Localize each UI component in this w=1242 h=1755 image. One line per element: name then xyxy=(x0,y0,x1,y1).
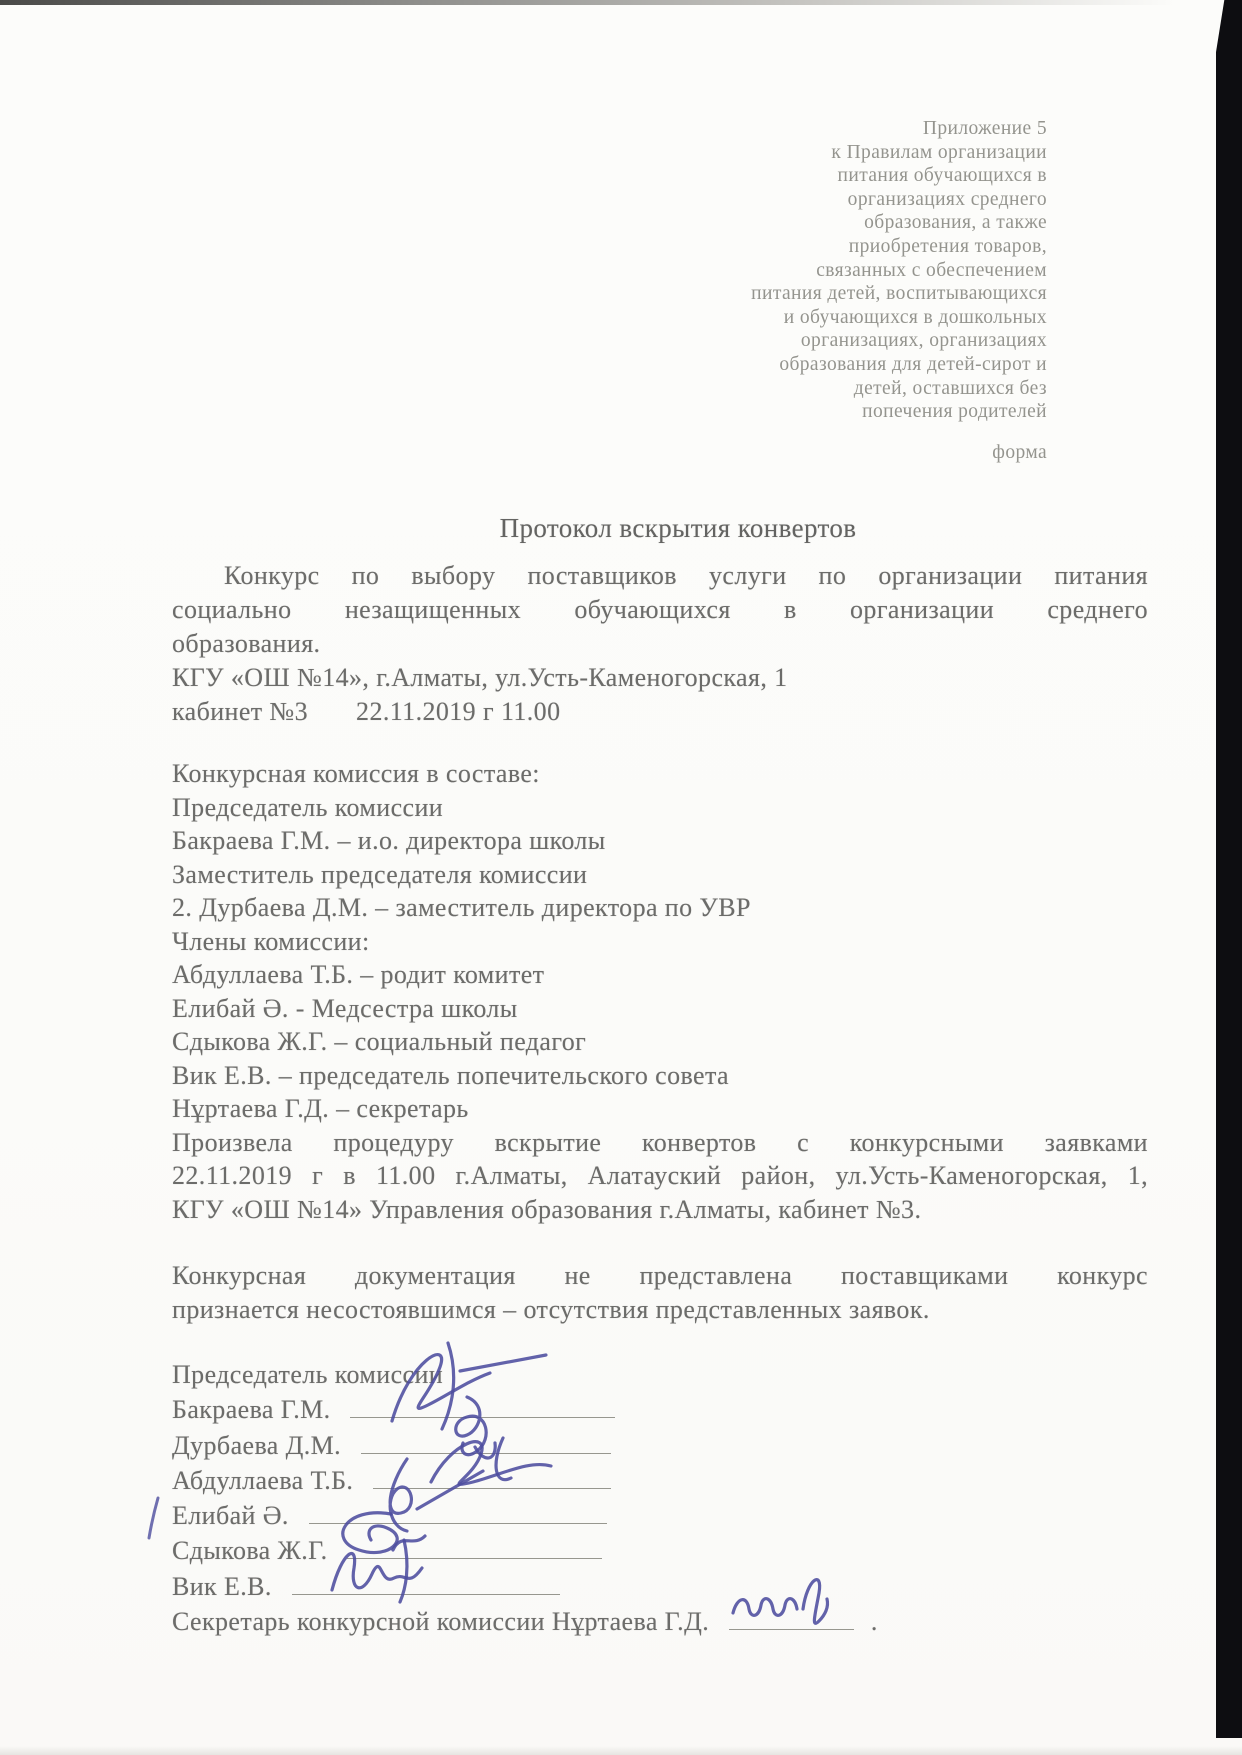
secretary-signature-row: Секретарь конкурсной комиссии Нұртаева Г… xyxy=(172,1604,1148,1639)
appendix-line: связанных с обеспечением xyxy=(567,259,1047,283)
signer-name: Бакраева Г.М. xyxy=(172,1392,331,1427)
procedure-line: КГУ «ОШ №14» Управления образования г.Ал… xyxy=(172,1193,1148,1227)
signature-row: Абдуллаева Т.Б. xyxy=(172,1463,1148,1498)
signer-name: Елибай Ә. xyxy=(172,1498,289,1533)
appendix-line: организациях, организациях xyxy=(567,329,1047,353)
member-line: Сдыкова Ж.Г. – социальный педагог xyxy=(172,1025,1148,1059)
organization-address-line: КГУ «ОШ №14», г.Алматы, ул.Усть-Каменого… xyxy=(172,661,1148,695)
signature-row: Вик Е.В. xyxy=(172,1569,1148,1604)
chair-role-label: Председатель комиссии xyxy=(172,791,1148,825)
secretary-label: Секретарь конкурсной комиссии Нұртаева Г… xyxy=(172,1604,709,1639)
signature-line xyxy=(373,1464,611,1489)
appendix-header-block: Приложение 5 к Правилам организации пита… xyxy=(567,117,1047,464)
appendix-line: детей, оставшихся без xyxy=(567,377,1047,401)
meeting-datetime: 22.11.2019 г 11.00 xyxy=(356,697,560,726)
signer-name: Абдуллаева Т.Б. xyxy=(172,1463,353,1498)
intro-line: образования. xyxy=(172,627,1148,661)
members-label: Члены комиссии: xyxy=(172,925,1148,959)
signer-name: Вик Е.В. xyxy=(172,1569,272,1604)
signature-line xyxy=(309,1499,607,1524)
commission-heading: Конкурсная комиссия в составе: xyxy=(172,757,1148,791)
signature-line xyxy=(361,1429,611,1454)
signer-name: Сдыкова Ж.Г. xyxy=(172,1533,328,1568)
signature-line xyxy=(347,1534,602,1559)
appendix-line: Приложение 5 xyxy=(567,117,1047,141)
document-body: Протокол вскрытия конвертов Конкурс по в… xyxy=(172,511,1148,1639)
secretary-suffix: . xyxy=(871,1607,878,1636)
meeting-place-date-line: кабинет №322.11.2019 г 11.00 xyxy=(172,695,1148,729)
room-label: кабинет №3 xyxy=(172,697,308,726)
signer-name: Дурбаева Д.М. xyxy=(172,1428,341,1463)
deputy-name-line: 2. Дурбаева Д.М. – заместитель директора… xyxy=(172,891,1148,925)
appendix-line: питания обучающихся в xyxy=(567,164,1047,188)
procedure-line: Произвела процедуру вскрытие конвертов с… xyxy=(172,1126,1148,1160)
intro-line: Конкурс по выбору поставщиков услуги по … xyxy=(172,559,1148,593)
signature-row: Сдыкова Ж.Г. xyxy=(172,1533,1148,1568)
scan-bottom-edge-artifact xyxy=(0,1746,1242,1755)
signature-line xyxy=(292,1570,560,1595)
conclusion-line: признается несостоявшимся – отсутствия п… xyxy=(172,1293,1148,1327)
scanned-document-page: Приложение 5 к Правилам организации пита… xyxy=(0,0,1242,1755)
appendix-line: попечения родителей xyxy=(567,400,1047,424)
member-line: Абдуллаева Т.Б. – родит комитет xyxy=(172,958,1148,992)
member-line: Вик Е.В. – председатель попечительского … xyxy=(172,1059,1148,1093)
scan-right-edge-artifact xyxy=(1216,0,1242,1738)
signature-line xyxy=(729,1605,854,1630)
chair-name-line: Бакраева Г.М. – и.о. директора школы xyxy=(172,824,1148,858)
commission-section: Конкурсная комиссия в составе: Председат… xyxy=(172,757,1148,1226)
deputy-role-label: Заместитель председателя комиссии xyxy=(172,858,1148,892)
appendix-line: приобретения товаров, xyxy=(567,235,1047,259)
conclusion-line: Конкурсная документация не представлена … xyxy=(172,1259,1148,1293)
intro-line: социально незащищенных обучающихся в орг… xyxy=(172,593,1148,627)
appendix-line: организациях среднего xyxy=(567,188,1047,212)
conclusion-section: Конкурсная документация не представлена … xyxy=(172,1259,1148,1326)
signature-line xyxy=(350,1393,615,1418)
member-line: Елибай Ә. - Медсестра школы xyxy=(172,992,1148,1026)
signatures-section: Председатель комиссии Бакраева Г.М. Дурб… xyxy=(172,1357,1148,1639)
form-label: форма xyxy=(567,441,1047,465)
appendix-line: образования для детей-сирот и xyxy=(567,353,1047,377)
appendix-line: образования, а также xyxy=(567,211,1047,235)
appendix-line: к Правилам организации xyxy=(567,141,1047,165)
procedure-line: 22.11.2019 г в 11.00 г.Алматы, Алатауски… xyxy=(172,1159,1148,1193)
signature-row: Бакраева Г.М. xyxy=(172,1392,1148,1427)
signature-row: Елибай Ә. xyxy=(172,1498,1148,1533)
document-title: Протокол вскрытия конвертов xyxy=(172,511,1148,545)
signature-section-label: Председатель комиссии xyxy=(172,1357,1148,1392)
member-line: Нұртаева Г.Д. – секретарь xyxy=(172,1092,1148,1126)
scan-top-edge-artifact xyxy=(0,0,1175,5)
stray-pen-mark xyxy=(146,1496,160,1540)
appendix-line: и обучающихся в дошкольных xyxy=(567,306,1047,330)
signature-row: Дурбаева Д.М. xyxy=(172,1428,1148,1463)
appendix-line: питания детей, воспитывающихся xyxy=(567,282,1047,306)
